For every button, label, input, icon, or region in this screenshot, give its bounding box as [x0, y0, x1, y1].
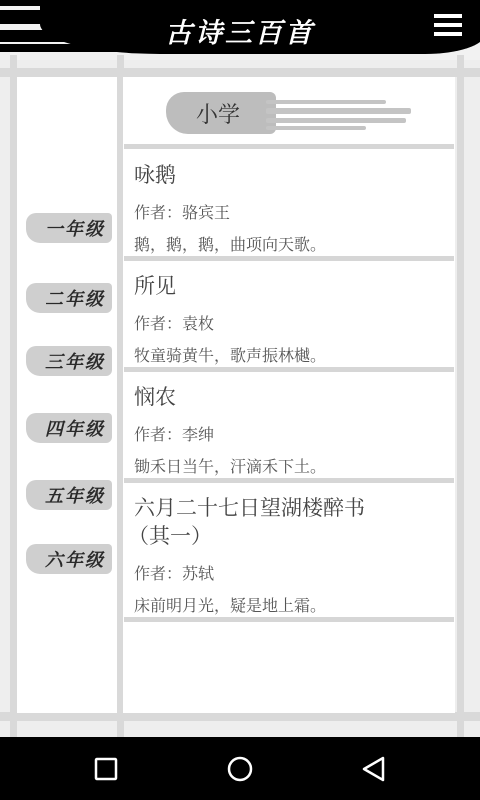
grade-button-5[interactable]: 五年级 — [22, 477, 114, 513]
frame-post-left — [10, 55, 17, 740]
grade-button-1[interactable]: 一年级 — [22, 210, 114, 246]
grade-label: 三年级 — [36, 348, 114, 374]
section-title: 小学 — [196, 98, 240, 129]
section-divider — [124, 144, 454, 149]
poem-title: 咏鹅 — [134, 162, 176, 188]
poem-author: 作者：李绅 — [134, 422, 214, 445]
poem-author: 作者：袁枚 — [134, 311, 214, 334]
poem-item[interactable]: 六月二十七日望湖楼醉书 （其一） 作者：苏轼 床前明月光，疑是地上霜。 — [124, 483, 454, 623]
square-recents-icon — [86, 751, 126, 787]
grade-button-2[interactable]: 二年级 — [22, 280, 114, 316]
poem-title: 悯农 — [134, 384, 176, 410]
poem-author: 作者：骆宾王 — [134, 200, 230, 223]
poem-first-line: 床前明月光，疑是地上霜。 — [134, 593, 326, 616]
poem-item[interactable]: 所见 作者：袁枚 牧童骑黄牛，歌声振林樾。 — [124, 261, 454, 373]
grade-button-6[interactable]: 六年级 — [22, 541, 114, 577]
system-nav-bar — [0, 737, 480, 800]
poem-item[interactable]: 悯农 作者：李绅 锄禾日当午，汗滴禾下土。 — [124, 372, 454, 484]
grade-label: 二年级 — [36, 285, 114, 311]
app-title: 古诗三百首 — [160, 11, 320, 50]
frame-top-bar — [0, 68, 480, 77]
poem-item[interactable]: 咏鹅 作者：骆宾王 鹅，鹅，鹅，曲项向天歌。 — [124, 150, 454, 262]
back-button[interactable] — [354, 751, 394, 787]
grade-label: 五年级 — [36, 482, 114, 508]
header: 古诗三百首 — [0, 0, 480, 60]
poem-first-line: 牧童骑黄牛，歌声振林樾。 — [134, 343, 326, 366]
section-brush-streak — [266, 126, 366, 130]
poem-title-line2: （其一） — [128, 523, 212, 549]
frame-bottom-bar — [0, 712, 480, 721]
app-screen: 古诗三百首 小学 一年级 二年级 三年级 — [0, 0, 480, 800]
poem-first-line: 鹅，鹅，鹅，曲项向天歌。 — [134, 232, 326, 255]
home-button[interactable] — [220, 751, 260, 787]
recents-button[interactable] — [86, 751, 126, 787]
triangle-back-icon — [354, 751, 394, 787]
grade-button-4[interactable]: 四年级 — [22, 410, 114, 446]
poem-author: 作者：苏轼 — [134, 561, 214, 584]
poem-first-line: 锄禾日当午，汗滴禾下土。 — [134, 454, 326, 477]
poem-title: 六月二十七日望湖楼醉书 — [134, 495, 365, 521]
grade-button-3[interactable]: 三年级 — [22, 343, 114, 379]
section-brush-streak — [266, 100, 386, 104]
poem-title: 所见 — [134, 273, 176, 299]
grade-sidebar — [17, 77, 117, 713]
menu-button[interactable] — [430, 12, 466, 38]
grade-label: 六年级 — [36, 546, 114, 572]
section-header: 小学 — [166, 88, 411, 138]
frame-post-right — [457, 55, 464, 740]
circle-home-icon — [220, 751, 260, 787]
grade-label: 四年级 — [36, 415, 114, 441]
section-brush-streak — [266, 108, 411, 114]
grade-label: 一年级 — [36, 215, 114, 241]
section-brush-streak — [266, 118, 406, 123]
poem-divider — [124, 617, 454, 622]
